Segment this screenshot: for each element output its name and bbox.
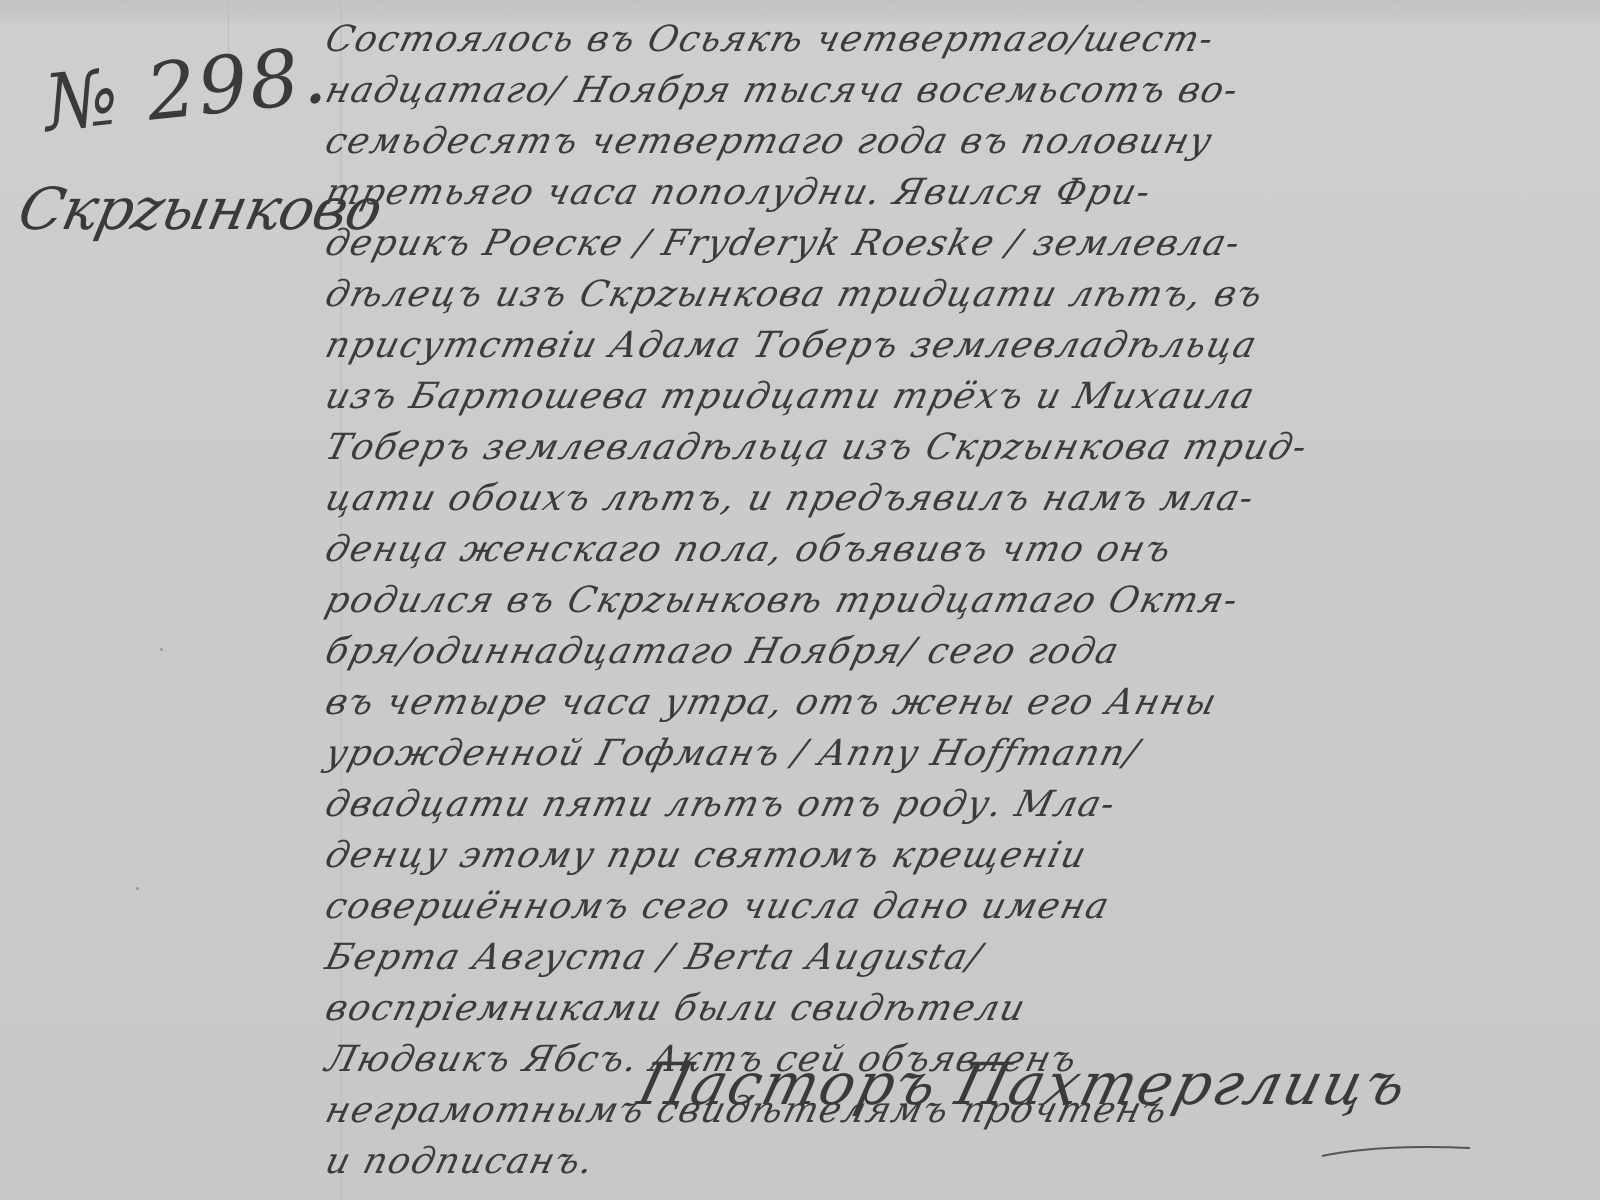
paper-speck [136, 887, 139, 890]
text-line: воспріемниками были свидѣтели [320, 983, 1573, 1034]
text-line: въ четыре часа утра, отъ жены его Анны [320, 677, 1573, 728]
text-line: двадцати пяти лѣтъ отъ роду. Мла- [320, 779, 1573, 830]
text-line: совершённомъ сего числа дано имена [320, 881, 1573, 932]
signature: Пасторъ Пахтерглицъ [632, 1050, 1416, 1118]
text-line: денца женскаго пола, объявивъ что онъ [320, 524, 1573, 575]
text-line: дѣлецъ изъ Скрzынкова тридцати лѣтъ, въ [320, 269, 1573, 320]
text-line: Берта Августа / Berta Augusta/ [320, 932, 1573, 983]
text-line: урожденной Гофманъ / Anny Hoffmann/ [320, 728, 1573, 779]
text-line: бря/одиннадцатаго Ноября/ сего года [320, 626, 1573, 677]
text-line: дерикъ Роеске / Fryderyk Roeske / землев… [320, 218, 1573, 269]
record-body: Состоялось въ Осьякѣ четвертаго/шест- на… [320, 14, 1560, 1187]
paper-speck [160, 648, 163, 651]
text-line: Тоберъ землевладѣльца изъ Скрzынкова три… [320, 422, 1573, 473]
text-line: Состоялось въ Осьякѣ четвертаго/шест- [320, 14, 1573, 65]
text-line: третьяго часа пополудни. Явился Фри- [320, 167, 1573, 218]
text-line: изъ Бартошева тридцати трёхъ и Михаила [320, 371, 1573, 422]
text-line: присутствіи Адама Тоберъ землевладѣльца [320, 320, 1573, 371]
text-line: надцатаго/ Ноября тысяча восемьсотъ во- [320, 65, 1573, 116]
text-line: семьдесятъ четвертаго года въ половину [320, 116, 1573, 167]
document-page: № 298. Скрzынково Состоялось въ Осьякѣ ч… [0, 0, 1600, 1200]
text-line: родился въ Скрzынковѣ тридцатаго Октя- [320, 575, 1573, 626]
record-number: № 298. [40, 30, 332, 149]
signature-flourish-icon [1320, 1140, 1480, 1160]
text-line: цати обоихъ лѣтъ, и предъявилъ намъ мла- [320, 473, 1573, 524]
text-line: денцу этому при святомъ крещеніи [320, 830, 1573, 881]
